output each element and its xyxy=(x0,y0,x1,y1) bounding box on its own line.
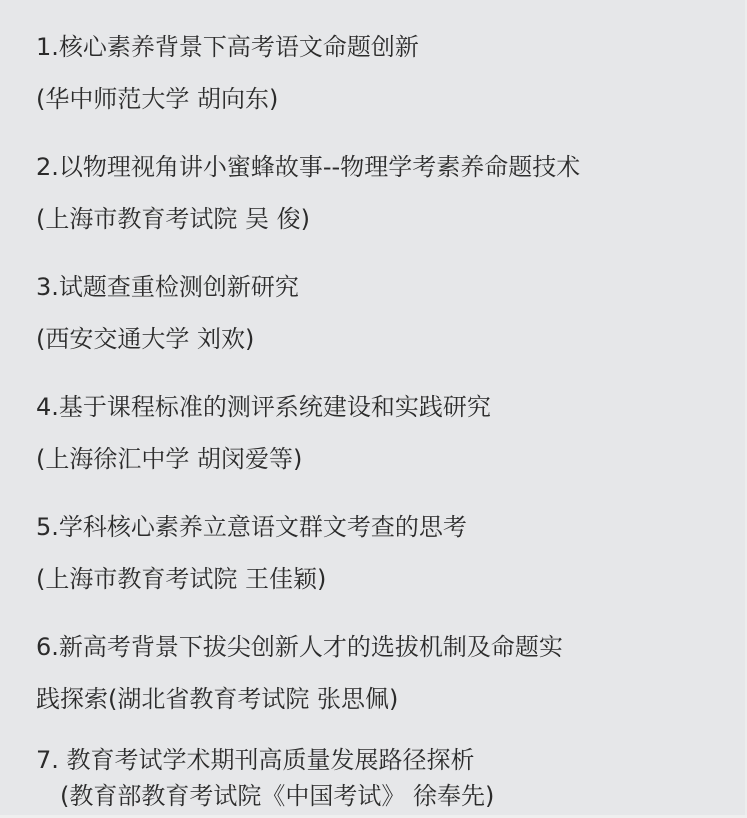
list-item: 1.核心素养背景下高考语文命题创新 (华中师范大学 胡向东) xyxy=(36,33,725,113)
document-page: 1.核心素养背景下高考语文命题创新 (华中师范大学 胡向东) 2.以物理视角讲小… xyxy=(0,0,745,815)
list-item: 6.新高考背景下拔尖创新人才的选拔机制及命题实 践探索(湖北省教育考试院 张思佩… xyxy=(36,633,725,713)
entry-title: 6.新高考背景下拔尖创新人才的选拔机制及命题实 xyxy=(36,633,725,661)
list-item: 7. 教育考试学术期刊高质量发展路径探析 (教育部教育考试院《中国考试》 徐奉先… xyxy=(36,746,725,810)
list-item: 5.学科核心素养立意语文群文考查的思考 (上海市教育考试院 王佳颖) xyxy=(36,513,725,593)
entry-title: 1.核心素养背景下高考语文命题创新 xyxy=(36,33,725,61)
list-item: 4.基于课程标准的测评系统建设和实践研究 (上海徐汇中学 胡闵爱等) xyxy=(36,393,725,473)
list-item: 3.试题查重检测创新研究 (西安交通大学 刘欢) xyxy=(36,273,725,353)
entry-author: (教育部教育考试院《中国考试》 徐奉先) xyxy=(36,782,725,810)
entry-title: 4.基于课程标准的测评系统建设和实践研究 xyxy=(36,393,725,421)
entry-title: 2.以物理视角讲小蜜蜂故事--物理学考素养命题技术 xyxy=(36,153,725,181)
entry-title: 3.试题查重检测创新研究 xyxy=(36,273,725,301)
entry-author: (华中师范大学 胡向东) xyxy=(36,85,725,113)
entry-author: (西安交通大学 刘欢) xyxy=(36,325,725,353)
list-item: 2.以物理视角讲小蜜蜂故事--物理学考素养命题技术 (上海市教育考试院 吴 俊) xyxy=(36,153,725,233)
entry-author: (上海市教育考试院 王佳颖) xyxy=(36,565,725,593)
entry-author: (上海市教育考试院 吴 俊) xyxy=(36,205,725,233)
entry-title: 7. 教育考试学术期刊高质量发展路径探析 xyxy=(36,746,725,774)
entry-title: 5.学科核心素养立意语文群文考查的思考 xyxy=(36,513,725,541)
entry-author: (上海徐汇中学 胡闵爱等) xyxy=(36,445,725,473)
entry-author: 践探索(湖北省教育考试院 张思佩) xyxy=(36,685,725,713)
